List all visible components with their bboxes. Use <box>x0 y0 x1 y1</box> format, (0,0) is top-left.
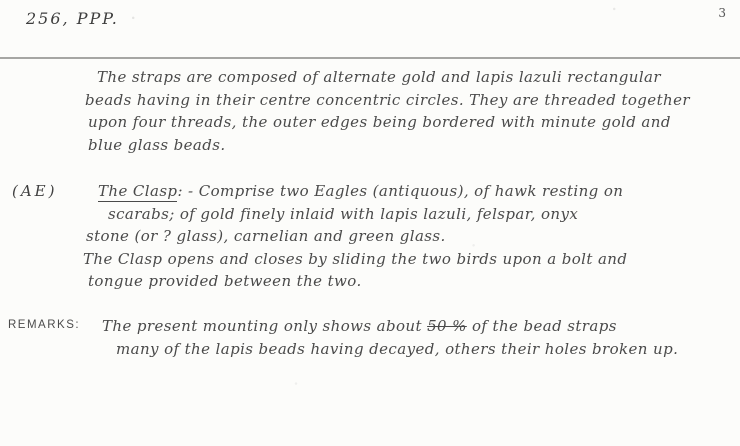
clasp-paragraph: The Clasp: - Comprise two Eagles (antiqu… <box>98 180 627 293</box>
text-line: many of the lapis beads having decayed, … <box>116 338 678 361</box>
text-line: blue glass beads. <box>88 134 690 157</box>
section-label-remarks: REMARKS: <box>8 319 80 331</box>
scanned-document-page: 256, PPP. 3 The straps are composed of a… <box>0 0 740 446</box>
remarks-line1-post: of the bead straps <box>467 317 617 335</box>
remarks-line1-pre: The present mounting only shows about <box>102 317 427 335</box>
text-line: The Clasp opens and closes by sliding th… <box>83 248 627 271</box>
header-rule <box>0 57 740 59</box>
straps-paragraph: The straps are composed of alternate gol… <box>85 66 690 156</box>
text-line: The Clasp: - Comprise two Eagles (antiqu… <box>98 180 627 203</box>
text-line: The straps are composed of alternate gol… <box>97 66 690 89</box>
text-line: tongue provided between the two. <box>88 270 627 293</box>
text-line: The present mounting only shows about 50… <box>102 315 678 338</box>
remarks-struck-value: 50 % <box>427 317 467 335</box>
clasp-title: The Clasp <box>98 182 177 202</box>
section-label-ae: (AE) <box>12 182 58 200</box>
catalog-number: 256, PPP. <box>26 8 119 31</box>
text-line: upon four threads, the outer edges being… <box>88 111 690 134</box>
remarks-paragraph: The present mounting only shows about 50… <box>102 315 678 360</box>
page-number: 3 <box>718 6 726 20</box>
text-line: scarabs; of gold finely inlaid with lapi… <box>108 203 627 226</box>
clasp-title-rest: : - Comprise two Eagles (antiquous), of … <box>177 182 623 200</box>
text-line: stone (or ? glass), carnelian and green … <box>86 225 627 248</box>
text-line: beads having in their centre concentric … <box>85 89 690 112</box>
